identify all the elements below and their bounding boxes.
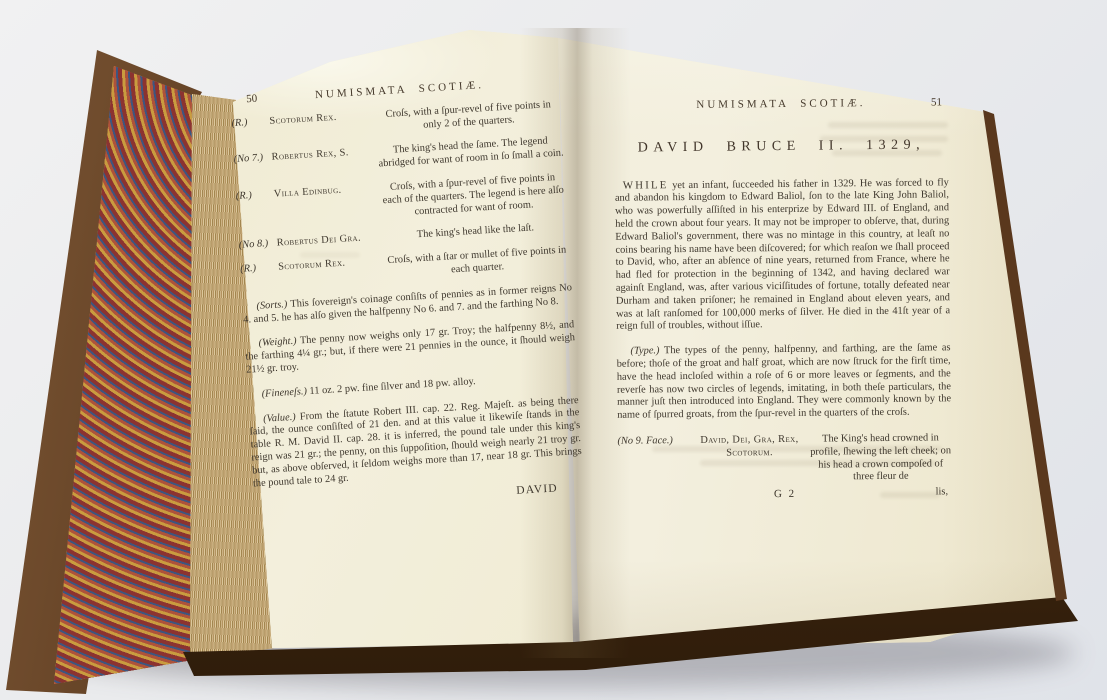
- value-paragraph: (Value.) From the ſtatute Robert III. ca…: [249, 395, 583, 491]
- paragraph-text: The penny now weighs only 17 gr. Troy; t…: [245, 320, 575, 376]
- paragraph-text: 11 oz. 2 pw. fine ſilver and 18 pw. allo…: [309, 376, 476, 397]
- paragraph-label: (Sorts.): [256, 299, 287, 312]
- entry-name: Robertus Dei Gra.: [276, 232, 383, 251]
- chapter-heading: DAVID BRUCE II. 1329,: [614, 139, 948, 155]
- coin-entry-no9: (No 9. Face.) David, Dei, Gra, Rex, Scot…: [617, 432, 952, 487]
- entry-name: Scotorum Rex.: [278, 255, 385, 287]
- coin-entry: (No 7.) Robertus Rex, S. The king's head…: [233, 135, 564, 180]
- entry-description: Croſs, with a ſpur-revel of five points …: [379, 171, 567, 220]
- page-number-right: 51: [931, 96, 942, 109]
- entry-description: The king's head like the laſt.: [382, 221, 568, 245]
- paragraph-label: (Type.): [630, 345, 659, 356]
- paragraph-label: (Value.): [263, 411, 296, 424]
- left-page-text: 50 NUMISMATA SCOTIÆ. (R.) Scotorum Rex. …: [230, 75, 584, 514]
- signature-mark: G 2: [618, 486, 952, 502]
- weight-paragraph: (Weight.) The penny now weighs only 17 g…: [244, 320, 576, 378]
- paragraph-text: The types of the penny, halfpenny, and f…: [617, 342, 951, 420]
- paragraph-text: From the ſtatute Robert III. cap. 22. Re…: [250, 395, 582, 489]
- entry-description: Croſs, with a ſpur-revel of five points …: [375, 98, 562, 135]
- paragraph-label: (Fineneſs.): [261, 386, 307, 400]
- type-paragraph: (Type.) The types of the penny, halfpenn…: [616, 342, 951, 422]
- entry-label: (R.): [231, 116, 270, 144]
- book-photo: 50 NUMISMATA SCOTIÆ. (R.) Scotorum Rex. …: [0, 0, 1107, 700]
- intro-paragraph: WHILE yet an infant, ſucceeded his fathe…: [615, 176, 951, 334]
- entry-label: (R.): [236, 189, 276, 230]
- lead-word: WHILE: [623, 179, 669, 191]
- coin-entry: (R.) Villa Edinbug. Croſs, with a ſpur-r…: [236, 171, 568, 229]
- paragraph-text: yet an infant, ſucceeded his father in 1…: [615, 177, 950, 332]
- paragraph-text: This ſovereign's coinage conſiſts of pen…: [243, 282, 572, 325]
- coin-entry: (R.) Scotorum Rex. Croſs, with a ſtar or…: [240, 244, 571, 289]
- coin-entry: (R.) Scotorum Rex. Croſs, with a ſpur-re…: [231, 98, 562, 143]
- catchword-right: lis,: [936, 486, 949, 499]
- entry-name: Villa Edinbug.: [274, 182, 382, 227]
- page-number-left: 50: [246, 93, 258, 106]
- sorts-paragraph: (Sorts.) This ſovereign's coinage conſiſ…: [242, 282, 573, 327]
- entry-name: Scotorum Rex.: [269, 109, 376, 141]
- entry-label: (No 9. Face.): [617, 435, 696, 487]
- entry-label: (No 7.): [233, 152, 272, 180]
- right-page-text: NUMISMATA SCOTIÆ. 51 DAVID BRUCE II. 132…: [614, 96, 952, 504]
- running-title-right: NUMISMATA SCOTIÆ.: [696, 97, 865, 112]
- entry-label: (R.): [240, 262, 279, 290]
- running-head-right: NUMISMATA SCOTIÆ. 51: [614, 96, 948, 112]
- entry-description: The king's head the ſame. The legend abr…: [377, 135, 564, 172]
- entry-name: David, Dei, Gra, Rex, Scotorum.: [695, 434, 804, 486]
- entry-description: Croſs, with a ſtar or mullet of five poi…: [384, 244, 571, 281]
- entry-label: (No 8.): [239, 238, 278, 253]
- entry-name: Robertus Rex, S.: [271, 146, 378, 178]
- paragraph-label: (Weight.): [258, 336, 297, 349]
- entry-description: The King's head crowned in profile, ſhew…: [803, 432, 952, 485]
